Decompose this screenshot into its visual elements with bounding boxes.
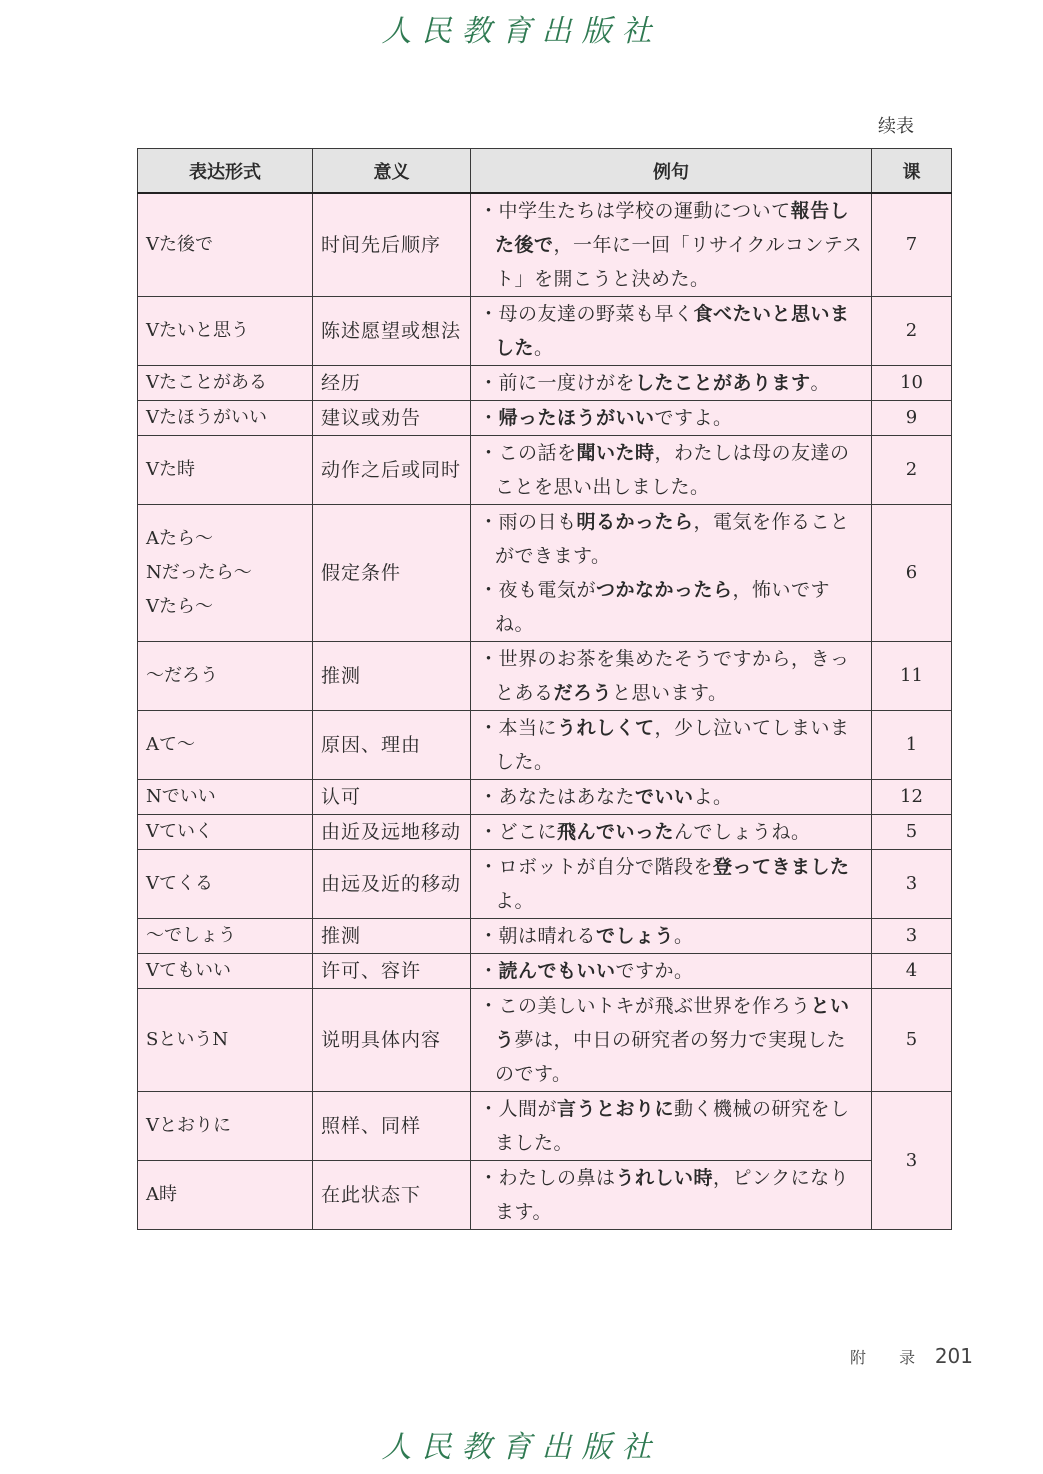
table-row: Vてくる由远及近的移动・ロボットが自分で階段を登ってきましたよ。3 bbox=[138, 850, 952, 919]
table-row: Vたことがある经历・前に一度けがをしたことがあります。10 bbox=[138, 366, 952, 401]
lesson-number-cell: 3 bbox=[872, 1092, 952, 1230]
grammar-form-cell: SというN bbox=[138, 989, 313, 1092]
sentence-text: 母の友達の野菜も早く bbox=[499, 303, 694, 325]
highlighted-grammar: でしょう bbox=[596, 925, 674, 947]
bullet-icon: ・ bbox=[479, 856, 499, 878]
grammar-form-cell: ～だろう bbox=[138, 642, 313, 711]
bullet-icon: ・ bbox=[479, 1098, 499, 1120]
highlighted-grammar: 言うとおりに bbox=[557, 1098, 674, 1120]
highlighted-grammar: 帰ったほうがいい bbox=[499, 407, 655, 429]
meaning-cell: 假定条件 bbox=[313, 505, 471, 642]
bullet-icon: ・ bbox=[479, 579, 499, 601]
lesson-number-cell: 10 bbox=[872, 366, 952, 401]
example-cell: ・あなたはあなたでいいよ。 bbox=[471, 780, 872, 815]
grammar-form-cell: Vてもいい bbox=[138, 954, 313, 989]
bullet-icon: ・ bbox=[479, 407, 499, 429]
table-row: Aて～原因、理由・本当にうれしくて，少し泣いてしまいました。1 bbox=[138, 711, 952, 780]
meaning-cell: 由远及近的移动 bbox=[313, 850, 471, 919]
meaning-cell: 建议或劝告 bbox=[313, 401, 471, 436]
table-row: ～だろう推测・世界のお茶を集めたそうですから，きっとあるだろうと思います。11 bbox=[138, 642, 952, 711]
example-sentence: ・雨の日も明るかったら，電気を作ることができます。 bbox=[479, 505, 863, 573]
meaning-cell: 在此状态下 bbox=[313, 1161, 471, 1230]
example-cell: ・どこに飛んでいったんでしょうね。 bbox=[471, 815, 872, 850]
highlighted-grammar: 聞いた時 bbox=[577, 442, 655, 464]
sentence-text: ですか。 bbox=[616, 960, 694, 982]
lesson-number-cell: 5 bbox=[872, 989, 952, 1092]
sentence-text: 朝は晴れる bbox=[499, 925, 597, 947]
example-sentence: ・どこに飛んでいったんでしょうね。 bbox=[479, 815, 863, 849]
table-body: Vた後で时间先后顺序・中学生たちは学校の運動について報告した後で，一年に一回「リ… bbox=[138, 193, 952, 1230]
table-row: Aたら～ Nだったら～ Vたら～假定条件・雨の日も明るかったら，電気を作ることが… bbox=[138, 505, 952, 642]
lesson-number-cell: 5 bbox=[872, 815, 952, 850]
sentence-text: この話を bbox=[499, 442, 577, 464]
highlighted-grammar: 読んでもいい bbox=[499, 960, 616, 982]
meaning-cell: 陈述愿望或想法 bbox=[313, 297, 471, 366]
lesson-number-cell: 11 bbox=[872, 642, 952, 711]
example-cell: ・この話を聞いた時，わたしは母の友達のことを思い出しました。 bbox=[471, 436, 872, 505]
grammar-form-cell: Aて～ bbox=[138, 711, 313, 780]
grammar-form-cell: ～でしょう bbox=[138, 919, 313, 954]
example-sentence: ・世界のお茶を集めたそうですから，きっとあるだろうと思います。 bbox=[479, 642, 863, 710]
highlighted-grammar: だろう bbox=[554, 682, 613, 704]
appendix-label: 附 录 bbox=[850, 1348, 929, 1367]
column-header-lesson: 课 bbox=[872, 149, 952, 194]
bullet-icon: ・ bbox=[479, 717, 499, 739]
example-sentence: ・中学生たちは学校の運動について報告した後で，一年に一回「リサイクルコンテスト」… bbox=[479, 194, 863, 296]
bullet-icon: ・ bbox=[479, 1167, 499, 1189]
sentence-text: この美しいトキが飛ぶ世界を作ろう bbox=[499, 995, 811, 1017]
meaning-cell: 许可、容许 bbox=[313, 954, 471, 989]
sentence-text: よ。 bbox=[694, 786, 733, 808]
sentence-text: よ。 bbox=[495, 890, 534, 912]
highlighted-grammar: うれしくて bbox=[557, 717, 655, 739]
example-cell: ・前に一度けがをしたことがあります。 bbox=[471, 366, 872, 401]
bullet-icon: ・ bbox=[479, 511, 499, 533]
highlighted-grammar: でいい bbox=[635, 786, 694, 808]
table-row: Vたいと思う陈述愿望或想法・母の友達の野菜も早く食べたいと思いました。2 bbox=[138, 297, 952, 366]
grammar-form-cell: Vた後で bbox=[138, 193, 313, 297]
bullet-icon: ・ bbox=[479, 303, 499, 325]
sentence-text: 中学生たちは学校の運動について bbox=[499, 200, 791, 222]
grammar-form-cell: Vた時 bbox=[138, 436, 313, 505]
table-row: SというN说明具体内容・この美しいトキが飛ぶ世界を作ろうという夢は，中日の研究者… bbox=[138, 989, 952, 1092]
example-cell: ・世界のお茶を集めたそうですから，きっとあるだろうと思います。 bbox=[471, 642, 872, 711]
sentence-text: んでしょうね。 bbox=[674, 821, 811, 843]
lesson-number-cell: 1 bbox=[872, 711, 952, 780]
meaning-cell: 经历 bbox=[313, 366, 471, 401]
example-cell: ・朝は晴れるでしょう。 bbox=[471, 919, 872, 954]
example-sentence: ・人間が言うとおりに動く機械の研究をしました。 bbox=[479, 1092, 863, 1160]
table-row: ～でしょう推测・朝は晴れるでしょう。3 bbox=[138, 919, 952, 954]
grammar-form-cell: A時 bbox=[138, 1161, 313, 1230]
table-row: A時在此状态下・わたしの鼻はうれしい時，ピンクになります。 bbox=[138, 1161, 952, 1230]
bullet-icon: ・ bbox=[479, 960, 499, 982]
sentence-text: 人間が bbox=[499, 1098, 558, 1120]
sentence-text: わたしの鼻は bbox=[499, 1167, 616, 1189]
bullet-icon: ・ bbox=[479, 442, 499, 464]
table-row: Nでいい认可・あなたはあなたでいいよ。12 bbox=[138, 780, 952, 815]
sentence-text: どこに bbox=[499, 821, 558, 843]
grammar-form-cell: Vとおりに bbox=[138, 1092, 313, 1161]
publisher-logo-top: 人民教育出版社 bbox=[0, 6, 1043, 50]
grammar-table: 表达形式 意义 例句 课 Vた後で时间先后顺序・中学生たちは学校の運動について報… bbox=[137, 148, 952, 1230]
bullet-icon: ・ bbox=[479, 995, 499, 1017]
example-sentence: ・帰ったほうがいいですよ。 bbox=[479, 401, 863, 435]
example-sentence: ・あなたはあなたでいいよ。 bbox=[479, 780, 863, 814]
highlighted-grammar: 登ってきました bbox=[713, 856, 850, 878]
table-header-row: 表达形式 意义 例句 课 bbox=[138, 149, 952, 194]
meaning-cell: 认可 bbox=[313, 780, 471, 815]
example-cell: ・人間が言うとおりに動く機械の研究をしました。 bbox=[471, 1092, 872, 1161]
meaning-cell: 照样、同样 bbox=[313, 1092, 471, 1161]
example-sentence: ・夜も電気がつかなかったら，怖いですね。 bbox=[479, 573, 863, 641]
example-sentence: ・朝は晴れるでしょう。 bbox=[479, 919, 863, 953]
example-cell: ・雨の日も明るかったら，電気を作ることができます。・夜も電気がつかなかったら，怖… bbox=[471, 505, 872, 642]
sentence-text: 夜も電気が bbox=[499, 579, 597, 601]
grammar-form-cell: Nでいい bbox=[138, 780, 313, 815]
lesson-number-cell: 3 bbox=[872, 919, 952, 954]
sentence-text: 本当に bbox=[499, 717, 558, 739]
highlighted-grammar: つかなかったら bbox=[596, 579, 733, 601]
example-sentence: ・この話を聞いた時，わたしは母の友達のことを思い出しました。 bbox=[479, 436, 863, 504]
sentence-text: 。 bbox=[674, 925, 694, 947]
table-row: Vてもいい许可、容许・読んでもいいですか。4 bbox=[138, 954, 952, 989]
sentence-text: 雨の日も bbox=[499, 511, 577, 533]
lesson-number-cell: 2 bbox=[872, 297, 952, 366]
bullet-icon: ・ bbox=[479, 786, 499, 808]
highlighted-grammar: うれしい時 bbox=[616, 1167, 714, 1189]
example-cell: ・帰ったほうがいいですよ。 bbox=[471, 401, 872, 436]
highlighted-grammar: したことがあります bbox=[635, 372, 811, 394]
meaning-cell: 推测 bbox=[313, 642, 471, 711]
meaning-cell: 动作之后或同时 bbox=[313, 436, 471, 505]
example-sentence: ・この美しいトキが飛ぶ世界を作ろうという夢は，中日の研究者の努力で実現したのです… bbox=[479, 989, 863, 1091]
highlighted-grammar: 明るかったら bbox=[577, 511, 694, 533]
table-row: Vた時动作之后或同时・この話を聞いた時，わたしは母の友達のことを思い出しました。… bbox=[138, 436, 952, 505]
table-row: Vた後で时间先后顺序・中学生たちは学校の運動について報告した後で，一年に一回「リ… bbox=[138, 193, 952, 297]
sentence-text: 前に一度けがを bbox=[499, 372, 636, 394]
example-cell: ・ロボットが自分で階段を登ってきましたよ。 bbox=[471, 850, 872, 919]
column-header-example: 例句 bbox=[471, 149, 872, 194]
example-cell: ・読んでもいいですか。 bbox=[471, 954, 872, 989]
continued-table-label: 续表 bbox=[878, 112, 914, 138]
grammar-form-cell: Aたら～ Nだったら～ Vたら～ bbox=[138, 505, 313, 642]
grammar-form-cell: Vたほうがいい bbox=[138, 401, 313, 436]
grammar-form-cell: Vてくる bbox=[138, 850, 313, 919]
table-row: Vたほうがいい建议或劝告・帰ったほうがいいですよ。9 bbox=[138, 401, 952, 436]
bullet-icon: ・ bbox=[479, 925, 499, 947]
table-row: Vていく由近及远地移动・どこに飛んでいったんでしょうね。5 bbox=[138, 815, 952, 850]
example-sentence: ・わたしの鼻はうれしい時，ピンクになります。 bbox=[479, 1161, 863, 1229]
example-sentence: ・ロボットが自分で階段を登ってきましたよ。 bbox=[479, 850, 863, 918]
grammar-form-cell: Vたことがある bbox=[138, 366, 313, 401]
sentence-text: あなたはあなた bbox=[499, 786, 636, 808]
lesson-number-cell: 6 bbox=[872, 505, 952, 642]
sentence-text: 。 bbox=[534, 337, 554, 359]
lesson-number-cell: 3 bbox=[872, 850, 952, 919]
bullet-icon: ・ bbox=[479, 200, 499, 222]
page-number: 201 bbox=[935, 1344, 973, 1368]
sentence-text: 。 bbox=[811, 372, 831, 394]
column-header-meaning: 意义 bbox=[313, 149, 471, 194]
bullet-icon: ・ bbox=[479, 821, 499, 843]
page-footer: 附 录 201 bbox=[850, 1344, 973, 1368]
column-header-form: 表达形式 bbox=[138, 149, 313, 194]
meaning-cell: 说明具体内容 bbox=[313, 989, 471, 1092]
meaning-cell: 由近及远地移动 bbox=[313, 815, 471, 850]
example-cell: ・この美しいトキが飛ぶ世界を作ろうという夢は，中日の研究者の努力で実現したのです… bbox=[471, 989, 872, 1092]
lesson-number-cell: 7 bbox=[872, 193, 952, 297]
lesson-number-cell: 2 bbox=[872, 436, 952, 505]
lesson-number-cell: 9 bbox=[872, 401, 952, 436]
sentence-text: ですよ。 bbox=[655, 407, 733, 429]
example-sentence: ・読んでもいいですか。 bbox=[479, 954, 863, 988]
table-row: Vとおりに照样、同样・人間が言うとおりに動く機械の研究をしました。3 bbox=[138, 1092, 952, 1161]
example-cell: ・中学生たちは学校の運動について報告した後で，一年に一回「リサイクルコンテスト」… bbox=[471, 193, 872, 297]
example-cell: ・本当にうれしくて，少し泣いてしまいました。 bbox=[471, 711, 872, 780]
bullet-icon: ・ bbox=[479, 372, 499, 394]
example-sentence: ・本当にうれしくて，少し泣いてしまいました。 bbox=[479, 711, 863, 779]
lesson-number-cell: 12 bbox=[872, 780, 952, 815]
sentence-text: と思います。 bbox=[612, 682, 727, 704]
grammar-form-cell: Vたいと思う bbox=[138, 297, 313, 366]
sentence-text: 夢は，中日の研究者の努力で実現したのです。 bbox=[495, 1029, 846, 1085]
example-cell: ・母の友達の野菜も早く食べたいと思いました。 bbox=[471, 297, 872, 366]
publisher-logo-bottom: 人民教育出版社 bbox=[0, 1422, 1043, 1466]
bullet-icon: ・ bbox=[479, 648, 499, 670]
meaning-cell: 原因、理由 bbox=[313, 711, 471, 780]
example-cell: ・わたしの鼻はうれしい時，ピンクになります。 bbox=[471, 1161, 872, 1230]
highlighted-grammar: 飛んでいった bbox=[557, 821, 674, 843]
lesson-number-cell: 4 bbox=[872, 954, 952, 989]
sentence-text: ロボットが自分で階段を bbox=[499, 856, 714, 878]
example-sentence: ・前に一度けがをしたことがあります。 bbox=[479, 366, 863, 400]
example-sentence: ・母の友達の野菜も早く食べたいと思いました。 bbox=[479, 297, 863, 365]
meaning-cell: 时间先后顺序 bbox=[313, 193, 471, 297]
grammar-form-cell: Vていく bbox=[138, 815, 313, 850]
meaning-cell: 推测 bbox=[313, 919, 471, 954]
